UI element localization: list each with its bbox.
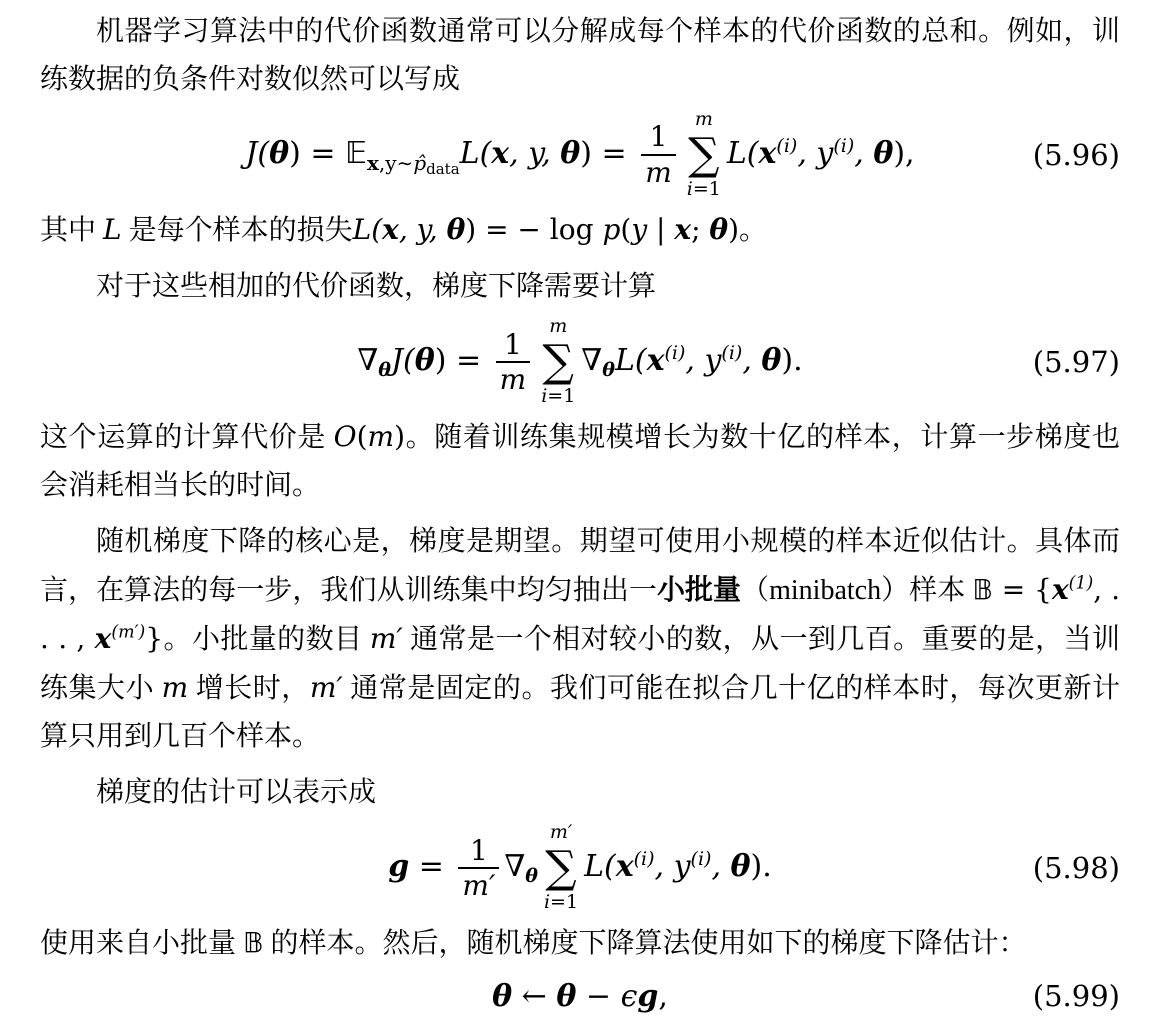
- math-var-theta: θ: [709, 213, 728, 246]
- summation: m∑i=1: [687, 109, 721, 201]
- math-var-m-prime: m′: [310, 671, 343, 704]
- nabla-symbol: ∇: [581, 343, 602, 378]
- summation: m∑i=1: [541, 316, 575, 408]
- book-page: 机器学习算法中的代价函数通常可以分解成每个样本的代价函数的总和。例如，训练数据的…: [0, 0, 1160, 1019]
- paragraph-gradient-estimate: 梯度的估计可以表示成: [40, 769, 1120, 817]
- math-var-x: x: [1052, 573, 1069, 606]
- fraction: 1m′: [458, 834, 499, 903]
- paragraph-computation-cost: 这个运算的计算代价是 O(m)。随着训练集规模增长为数十亿的样本，计算一步梯度也…: [40, 413, 1120, 510]
- math-var-x: x: [95, 622, 112, 655]
- equation-number-5-98: (5.98): [1033, 851, 1120, 885]
- math-op: ),: [893, 136, 914, 171]
- math-var-theta: θ: [492, 979, 512, 1014]
- equation-number-5-96: (5.96): [1033, 138, 1120, 172]
- nabla-symbol: ∇: [357, 343, 378, 378]
- fraction: 1m: [496, 328, 531, 397]
- math-run: , y: [685, 343, 721, 378]
- sum-upper-limit: m′: [550, 822, 572, 844]
- sum-lower-limit: i=1: [687, 179, 721, 201]
- paragraph-intro: 机器学习算法中的代价函数通常可以分解成每个样本的代价函数的总和。例如，训练数据的…: [40, 8, 1120, 104]
- math-op: ,: [658, 979, 668, 1014]
- math-var-theta: θ: [269, 136, 289, 171]
- equation-5-99: θ ← θ − ϵg, (5.99): [40, 973, 1120, 1019]
- math-var-L: L(: [353, 213, 383, 246]
- math-var-phat: p̂: [413, 151, 426, 175]
- cjk-text: 是每个样本的损失: [122, 215, 353, 246]
- sigma-symbol: ∑: [543, 338, 574, 386]
- nabla-subscript-theta: θ: [602, 359, 615, 381]
- equation-5-98: g = 1m′∇θm′∑i=1L(x(i), y(i), θ). (5.98): [40, 822, 1120, 914]
- paragraph-sgd-minibatch: 随机梯度下降的核心是，梯度是期望。期望可使用小规模的样本近似估计。具体而言，在算…: [40, 518, 1120, 761]
- math-var-theta: θ: [415, 343, 435, 378]
- math-var-L: L(: [584, 849, 616, 884]
- math-var-theta: θ: [731, 849, 751, 884]
- math-var-L: L(: [727, 136, 759, 171]
- math-var-L: L(: [460, 136, 492, 171]
- equation-5-96: J(θ) = 𝔼x,y∼p̂dataL(x, y, θ) = 1mm∑i=1L(…: [40, 109, 1120, 201]
- cjk-text: 。: [739, 215, 767, 246]
- math-var-epsilon: ϵ: [621, 979, 638, 1014]
- math-op: ,y∼: [379, 151, 413, 175]
- cjk-text: 其中: [40, 215, 103, 246]
- expectation-symbol: 𝔼: [345, 136, 367, 171]
- math-var-x: x: [759, 136, 777, 171]
- math-run: ,: [742, 343, 761, 378]
- minus-symbol: −: [576, 979, 620, 1014]
- superscript-1: (1): [1069, 574, 1094, 594]
- double-struck-B: 𝔹: [243, 926, 263, 959]
- math-run: , y,: [399, 213, 447, 246]
- math-run: , y: [797, 136, 833, 171]
- cjk-text: 的样本。然后，随机梯度下降算法使用如下的梯度下降估计：: [263, 928, 1026, 959]
- fraction-numerator: 1: [466, 834, 492, 868]
- math-var-x: x: [616, 849, 634, 884]
- math-var-J: J(: [245, 136, 269, 171]
- cjk-text: 使用来自小批量: [40, 928, 243, 959]
- fraction-denominator: m: [641, 154, 676, 190]
- sum-lower-limit: i=1: [541, 386, 575, 408]
- math-op: =1: [550, 891, 578, 913]
- math-op: =1: [693, 178, 721, 200]
- cjk-text: 机器学习算法中的代价函数通常可以分解成每个样本的代价函数的总和。例如，训练数据的…: [40, 16, 1120, 95]
- math-var-p: p: [602, 213, 620, 246]
- math-op: }: [145, 622, 163, 655]
- math-var-theta: θ: [761, 343, 781, 378]
- fraction: 1m: [641, 120, 676, 189]
- left-arrow-symbol: ←: [512, 979, 556, 1014]
- math-var-L: L: [103, 213, 122, 246]
- equation-body: ∇θJ(θ) = 1mm∑i=1∇θL(x(i), y(i), θ).: [357, 316, 802, 408]
- math-run: , y,: [509, 136, 560, 171]
- equation-5-97: ∇θJ(θ) = 1mm∑i=1∇θL(x(i), y(i), θ). (5.9…: [40, 316, 1120, 408]
- nabla-subscript-theta: θ: [378, 359, 391, 381]
- summation: m′∑i=1: [544, 822, 578, 914]
- equation-body: g = 1m′∇θm′∑i=1L(x(i), y(i), θ).: [388, 822, 772, 914]
- superscript-i: (i): [776, 135, 797, 157]
- keyword-minibatch-bold: 小批量: [657, 575, 741, 606]
- fraction-denominator: m: [496, 361, 531, 397]
- math-var-m: m: [368, 420, 395, 453]
- math-op: ).: [781, 343, 802, 378]
- superscript-i: (i): [721, 342, 742, 364]
- math-var-x: x: [674, 213, 691, 246]
- math-op: ;: [691, 213, 709, 246]
- equation-number-5-99: (5.99): [1033, 979, 1120, 1013]
- math-var-m: m: [162, 671, 189, 704]
- math-var-x: x: [647, 343, 665, 378]
- superscript-i: (i): [634, 848, 655, 870]
- superscript-m-prime: (m′): [111, 623, 145, 643]
- math-op: |: [647, 213, 674, 246]
- math-op: ) =: [580, 136, 636, 171]
- math-var-x: x: [382, 213, 399, 246]
- subscript-data: data: [426, 160, 460, 178]
- cjk-text: 这个运算的计算代价是: [40, 422, 334, 453]
- paragraph-loss-definition: 其中 L 是每个样本的损失L(x, y, θ) = − log p(y | x;…: [40, 206, 1120, 255]
- math-var-g: g: [637, 979, 658, 1014]
- math-op: ) =: [289, 136, 345, 171]
- math-run: , y: [655, 849, 691, 884]
- fraction-denominator: m′: [458, 867, 499, 903]
- math-op: ): [394, 420, 405, 453]
- paragraph-sgd-update-intro: 使用来自小批量 𝔹 的样本。然后，随机梯度下降算法使用如下的梯度下降估计：: [40, 919, 1120, 968]
- paragraph-gradient-descent: 对于这些相加的代价函数，梯度下降需要计算: [40, 263, 1120, 311]
- sum-upper-limit: m: [695, 109, 713, 131]
- math-var-theta: θ: [873, 136, 893, 171]
- fraction-numerator: 1: [646, 120, 672, 154]
- cjk-text: 梯度的估计可以表示成: [96, 777, 376, 808]
- math-op: ) = − log: [465, 213, 602, 246]
- sigma-symbol: ∑: [545, 844, 576, 892]
- math-op: ) =: [435, 343, 491, 378]
- cjk-text: 对于这些相加的代价函数，梯度下降需要计算: [96, 271, 656, 302]
- cjk-text: （minibatch）样本: [741, 575, 972, 606]
- math-var-m-prime: m′: [370, 622, 403, 655]
- math-var-L: L(: [615, 343, 647, 378]
- equation-number-5-97: (5.97): [1033, 345, 1120, 379]
- nabla-subscript-theta: θ: [525, 865, 538, 887]
- math-op: ).: [751, 849, 772, 884]
- math-var-theta: θ: [556, 979, 576, 1014]
- math-var-y: y: [631, 213, 647, 246]
- sum-lower-limit: i=1: [544, 892, 578, 914]
- math-op: =1: [547, 385, 575, 407]
- superscript-i: (i): [833, 135, 854, 157]
- math-op: ): [728, 213, 739, 246]
- double-struck-B: 𝔹: [972, 573, 992, 606]
- math-run: ,: [711, 849, 730, 884]
- math-var-O: O: [334, 420, 357, 453]
- math-run: ,: [854, 136, 873, 171]
- math-op: (: [357, 420, 368, 453]
- cjk-text: 增长时，: [188, 673, 310, 704]
- math-var-x: x: [491, 136, 509, 171]
- cjk-text: 。小批量的数目: [163, 624, 370, 655]
- math-var-g: g: [388, 849, 409, 884]
- fraction-numerator: 1: [500, 328, 526, 362]
- nabla-symbol: ∇: [504, 849, 525, 884]
- math-var-x-bold: x: [367, 151, 379, 175]
- expectation-subscript: x,y∼p̂data: [367, 151, 460, 175]
- equation-body: J(θ) = 𝔼x,y∼p̂dataL(x, y, θ) = 1mm∑i=1L(…: [245, 109, 914, 201]
- sum-upper-limit: m: [549, 316, 567, 338]
- math-var-J: J(: [391, 343, 415, 378]
- math-var-theta: θ: [447, 213, 466, 246]
- math-op: =: [409, 849, 453, 884]
- math-var-theta: θ: [560, 136, 580, 171]
- math-op: (: [620, 213, 631, 246]
- superscript-i: (i): [691, 848, 712, 870]
- equation-body: θ ← θ − ϵg,: [492, 979, 668, 1014]
- math-op: = {: [993, 573, 1052, 606]
- superscript-i: (i): [664, 342, 685, 364]
- sigma-symbol: ∑: [688, 131, 719, 179]
